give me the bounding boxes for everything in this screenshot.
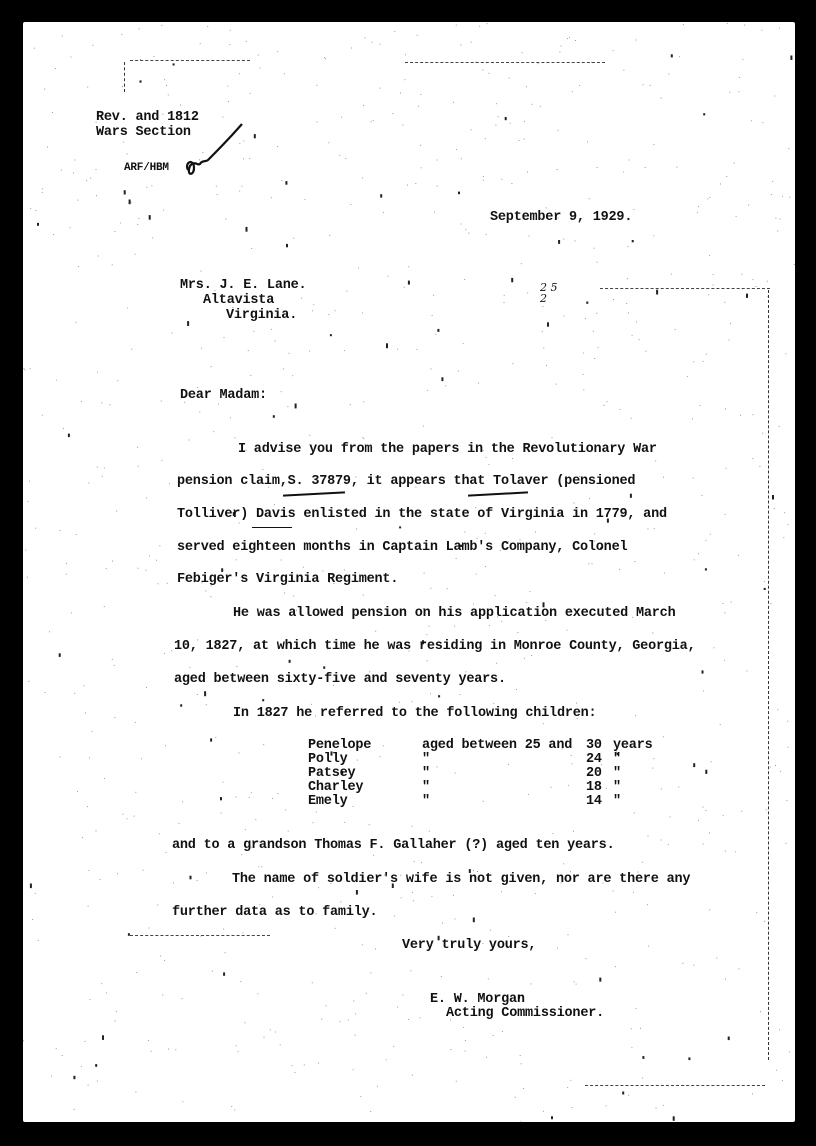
frame-line-top-right [405,62,605,63]
body-line-4: served eighteen months in Captain Lamb's… [177,540,627,556]
body-line-6: He was allowed pension on his applicatio… [233,606,675,622]
body-line-wife: The name of soldier's wife is not given,… [232,872,690,888]
body-line-7: 10, 1827, at which time he was residing … [174,639,696,655]
recipient-city: Altavista [203,293,274,309]
child-desc: aged between 25 and [422,738,572,754]
body-line-8: aged between sixty-five and seventy year… [174,672,506,688]
handwritten-initials-icon [180,118,250,188]
frame-line-left [124,62,125,92]
letter-date: September 9, 1929. [490,210,632,226]
reference-code: ARF/HBM [124,160,169,176]
closing: Very truly yours, [402,938,536,954]
frame-line-mid-left [130,935,270,936]
body-line-9: In 1827 he referred to the following chi… [233,706,596,722]
section-line-2: Wars Section [96,125,191,141]
frame-line-top [130,60,250,61]
child-age: 14 [586,794,602,810]
recipient-name: Mrs. J. E. Lane. [180,278,306,294]
recipient-state: Virginia. [226,308,297,324]
body-line-family: further data as to family. [172,905,377,921]
signer-title: Acting Commissioner. [446,1006,604,1022]
frame-line-right-top [600,288,770,289]
child-unit: " [613,794,621,810]
child-name: Emely [308,794,348,810]
body-line-3: Tolliver) Davis enlisted in the state of… [177,507,667,523]
child-desc: " [422,794,430,810]
margin-note: 2 5 2 [540,282,560,304]
body-line-5: Febiger's Virginia Regiment. [177,572,398,588]
scan-noise [23,22,795,1122]
grandson-line: and to a grandson Thomas F. Gallaher (?)… [172,838,614,854]
body-line-1: I advise you from the papers in the Revo… [238,442,657,458]
frame-line-right [768,290,769,1060]
underline-davis [252,527,292,528]
letter-page [23,22,795,1122]
body-line-2: pension claim,S. 37879, it appears that … [177,474,635,490]
frame-line-bottom-right [585,1085,765,1086]
salutation: Dear Madam: [180,388,267,404]
